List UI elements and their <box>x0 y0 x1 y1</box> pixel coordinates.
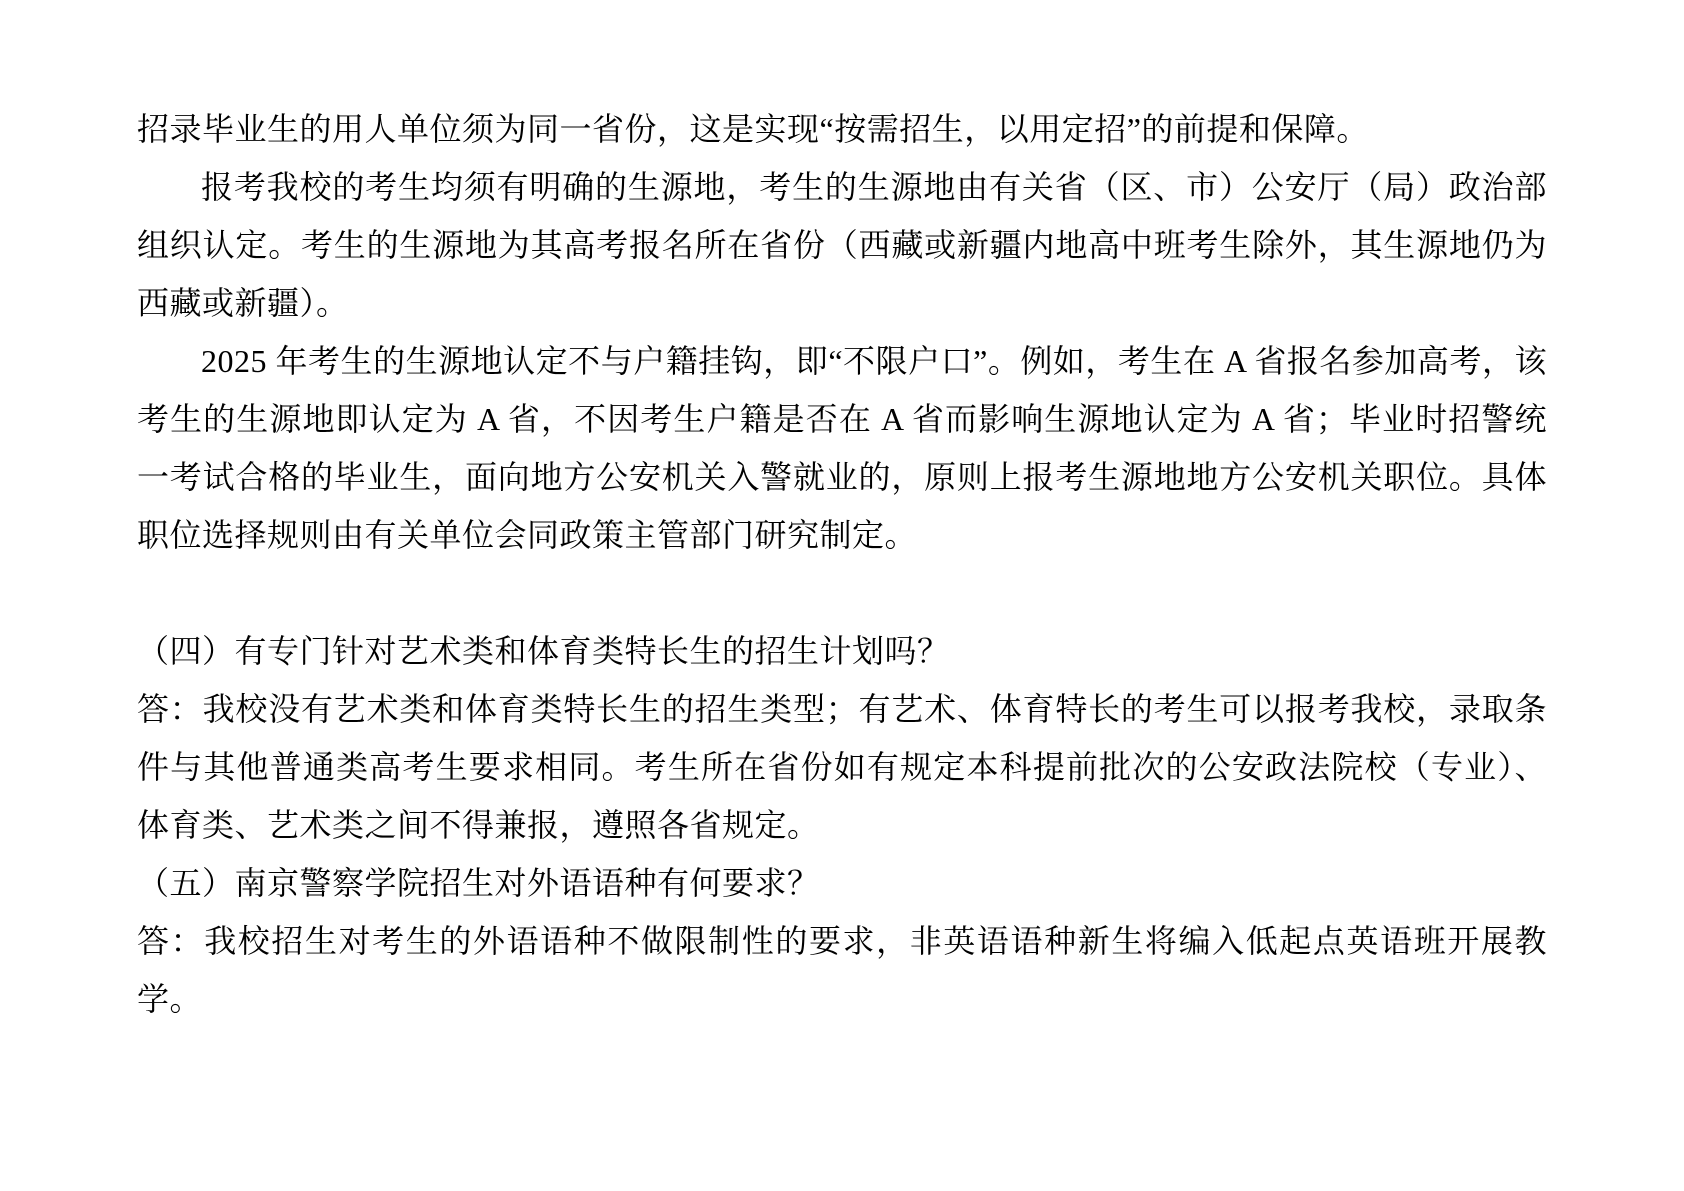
answer-4: 答：我校没有艺术类和体育类特长生的招生类型；有艺术、体育特长的考生可以报考我校，… <box>137 680 1547 854</box>
document-page: 招录毕业生的用人单位须为同一省份，这是实现“按需招生，以用定招”的前提和保障。 … <box>0 0 1684 1191</box>
question-heading-4: （四）有专门针对艺术类和体育类特长生的招生计划吗？ <box>137 622 1547 680</box>
paragraph-2025-origin-rule: 2025 年考生的生源地认定不与户籍挂钩，即“不限户口”。例如，考生在 A 省报… <box>137 332 1547 564</box>
paragraph-continuation: 招录毕业生的用人单位须为同一省份，这是实现“按需招生，以用定招”的前提和保障。 <box>137 100 1547 158</box>
paragraph-origin-determination: 报考我校的考生均须有明确的生源地，考生的生源地由有关省（区、市）公安厅（局）政治… <box>137 158 1547 332</box>
document-body: 招录毕业生的用人单位须为同一省份，这是实现“按需招生，以用定招”的前提和保障。 … <box>137 100 1547 1028</box>
question-heading-5: （五）南京警察学院招生对外语语种有何要求？ <box>137 854 1547 912</box>
answer-5: 答：我校招生对考生的外语语种不做限制性的要求，非英语语种新生将编入低起点英语班开… <box>137 912 1547 1028</box>
